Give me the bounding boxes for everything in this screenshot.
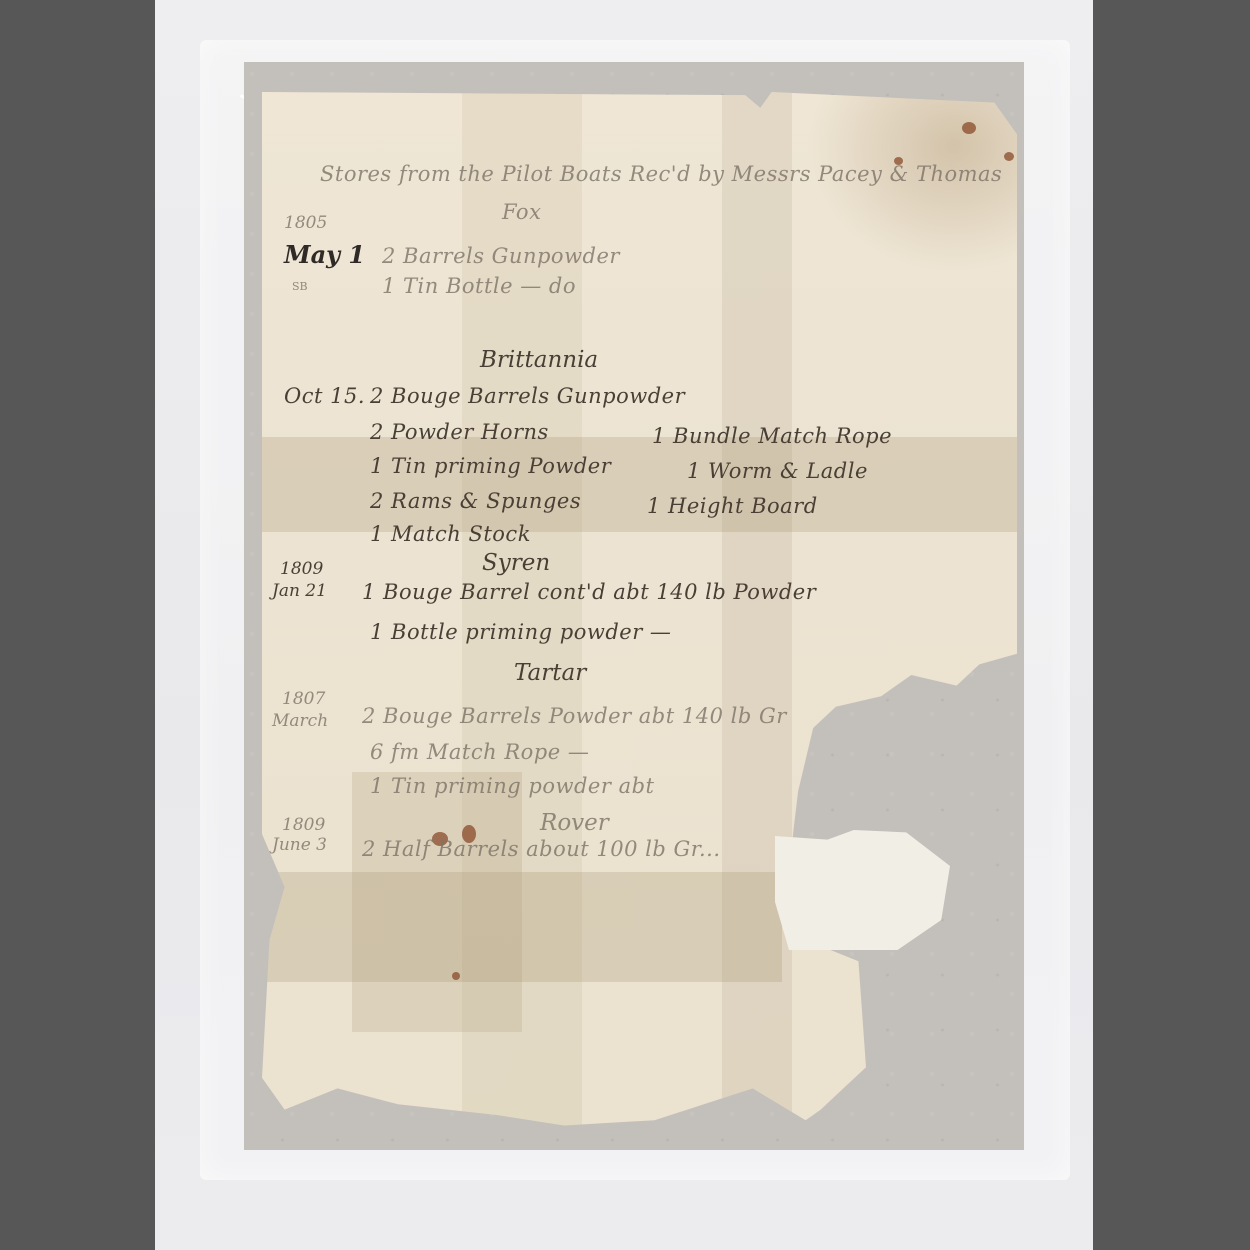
- document-heading: Stores from the Pilot Boats Rec'd by Mes…: [320, 162, 1002, 186]
- right-frame-bar: [1093, 0, 1250, 1250]
- document-subheading: Fox: [502, 200, 541, 224]
- entry-year: 1807: [282, 690, 325, 708]
- entry-line-right: 1 Bundle Match Rope: [652, 424, 892, 448]
- entry-line-right: 1 Worm & Ladle: [687, 459, 868, 483]
- ship-name: Tartar: [514, 660, 586, 686]
- entry-date: Oct 15.: [284, 384, 365, 408]
- entry-line: 2 Bouge Barrels Gunpowder: [370, 384, 685, 408]
- tape-strip: [722, 92, 792, 1152]
- ship-name: Syren: [482, 550, 550, 576]
- tape-strip: [262, 437, 1017, 532]
- entry-line: 1 Tin Bottle — do: [382, 274, 576, 298]
- entry-year: 1805: [284, 214, 327, 232]
- left-frame-bar: [0, 0, 155, 1250]
- entry-date: Jan 21: [272, 582, 327, 600]
- tape-strip: [262, 872, 782, 982]
- entry-line: 1 Bottle priming powder —: [370, 620, 671, 644]
- entry-note: SB: [292, 280, 308, 293]
- entry-line-right: 1 Height Board: [647, 494, 818, 518]
- detached-paper-fragment: [775, 830, 950, 950]
- entry-line: 2 Barrels Gunpowder: [382, 244, 620, 268]
- entry-line: 1 Match Stock: [370, 522, 531, 546]
- entry-line: 6 fm Match Rope —: [370, 740, 589, 764]
- entry-line: 1 Bouge Barrel cont'd abt 140 lb Powder: [362, 580, 816, 604]
- entry-date: June 3: [272, 836, 327, 854]
- entry-line: 2 Bouge Barrels Powder abt 140 lb Gr: [362, 704, 787, 728]
- entry-line: 2 Rams & Spunges: [370, 489, 581, 513]
- rust-spot: [1004, 152, 1014, 161]
- ship-name: Rover: [540, 810, 609, 836]
- entry-year: 1809: [280, 560, 323, 578]
- entry-date: March: [272, 712, 328, 730]
- entry-year: 1809: [282, 816, 325, 834]
- entry-date: May 1: [284, 240, 365, 269]
- rust-spot: [452, 972, 460, 980]
- entry-line: 2 Powder Horns: [370, 420, 549, 444]
- rust-spot: [962, 122, 976, 134]
- entry-line: 1 Tin priming powder abt: [370, 774, 654, 798]
- ship-name: Brittannia: [480, 347, 598, 373]
- entry-line: 2 Half Barrels about 100 lb Gr...: [362, 837, 721, 861]
- tape-strip: [352, 772, 522, 1032]
- entry-line: 1 Tin priming Powder: [370, 454, 611, 478]
